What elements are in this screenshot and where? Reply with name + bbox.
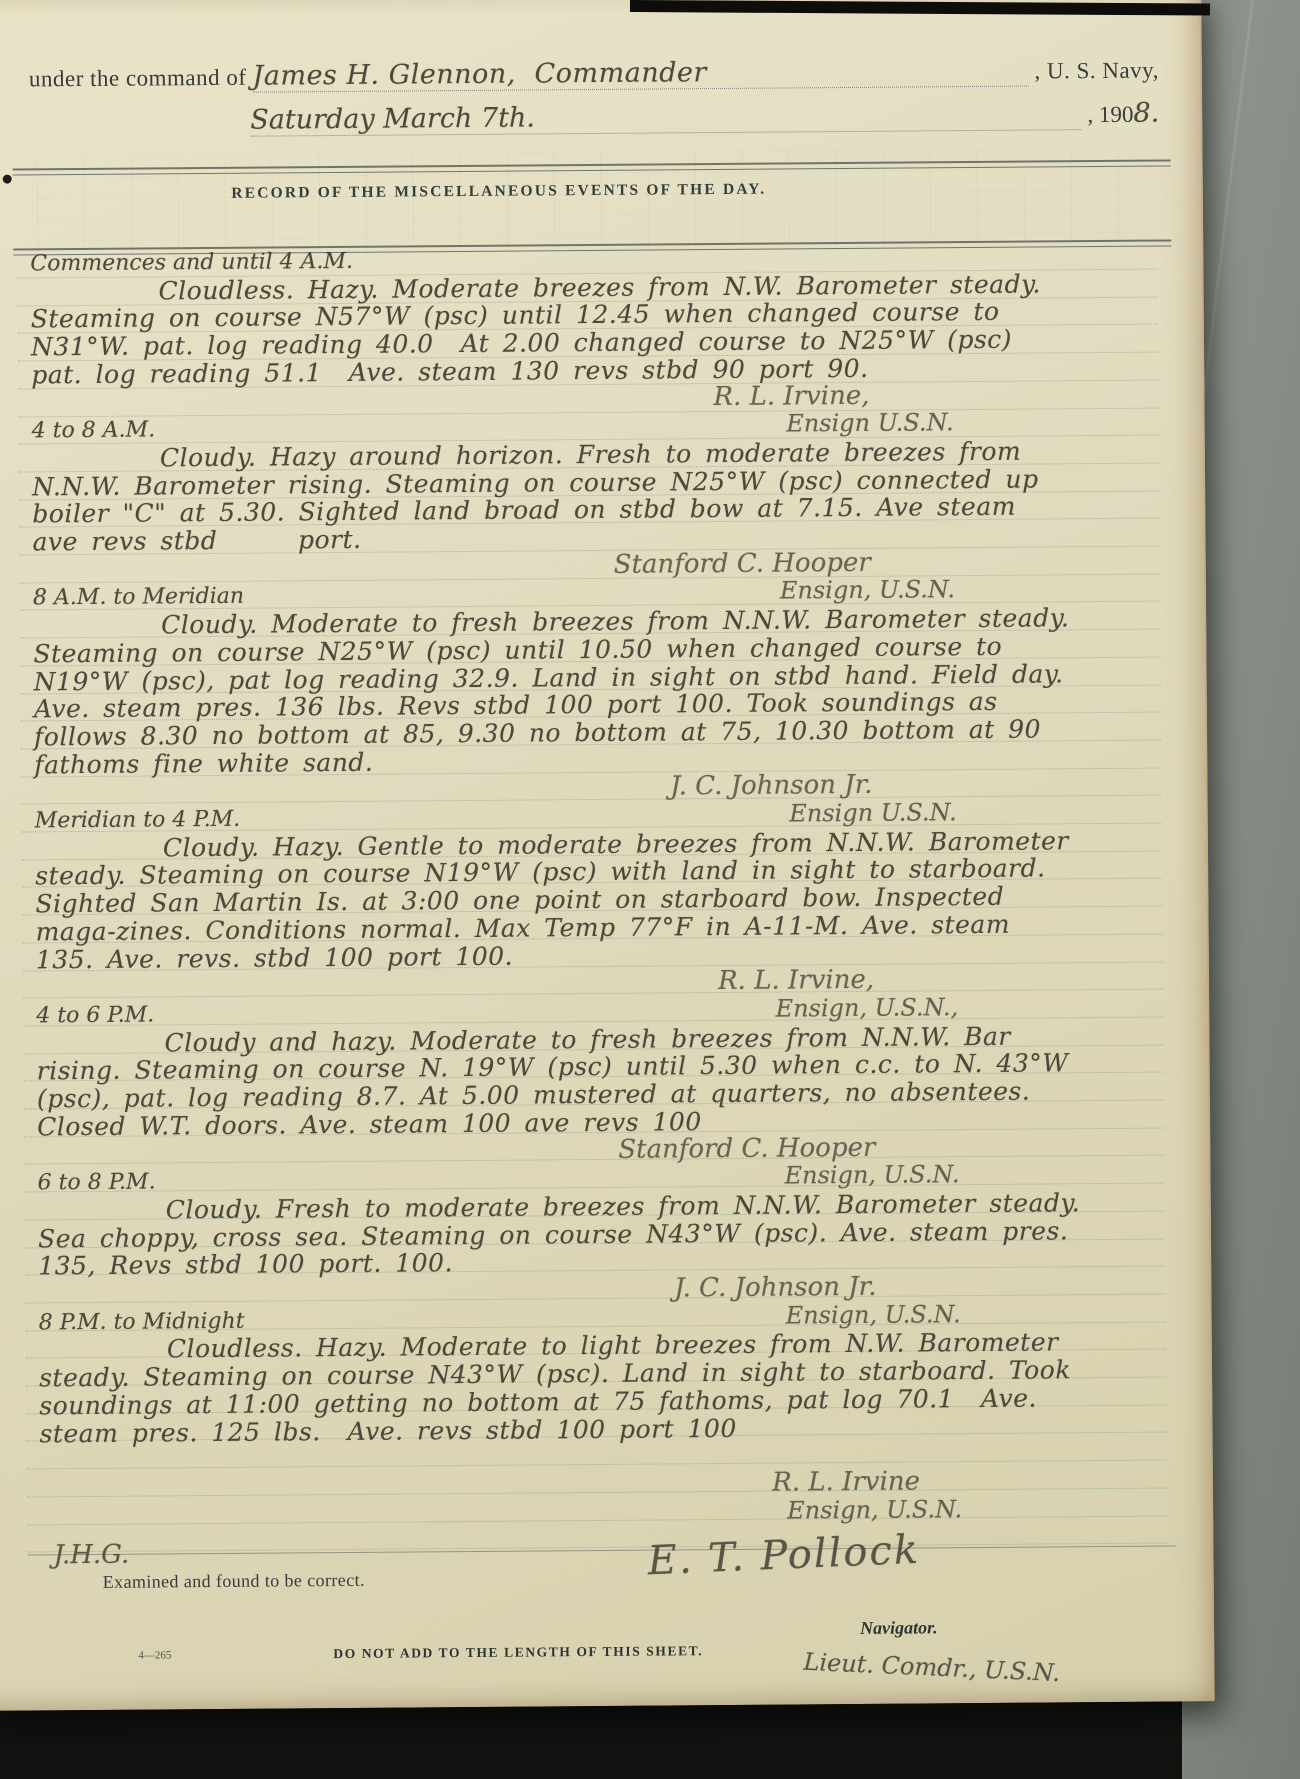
entry-text: Cloudy. Hazy. Gentle to moderate breezes… [35,827,1081,974]
entry-text: Cloudy. Hazy around horizon. Fresh to mo… [32,437,1078,556]
commander-name-handwriting: James H. Glennon, [252,59,516,92]
entry-text: Cloudless. Hazy. Moderate breezes from N… [30,270,1076,389]
year-digit-handwriting: 8. [1133,98,1159,129]
entry-text: Cloudy and hazy. Moderate to fresh breez… [36,1022,1082,1141]
commander-name-field: James H. Glennon, Commander [252,55,1028,93]
date-field: Saturday March 7th. [250,98,1081,137]
commander-rank-handwriting: Commander [534,57,707,89]
entry-4-to-6pm: 4 to 6 P.M. Ensign, U.S.N., Cloudy and h… [36,993,1167,1169]
watch-label: Commences and until 4 A.M. [30,248,353,278]
footer-rule [28,1545,1176,1555]
watch-label: 8 P.M. to Midnight [39,1307,245,1336]
signature-title: Ensign U.S.N. [786,409,954,438]
watch-label: 4 to 8 A.M. [32,417,156,446]
entry-text: Cloudy. Fresh to moderate breezes from N… [38,1189,1084,1280]
date-handwriting: Saturday March 7th. [250,102,535,135]
signature-title: Ensign, U.S.N. [784,1161,959,1190]
page-header: under the command of James H. Glennon, C… [29,54,1160,139]
log-entries: Commences and until 4 A.M. Cloudless. Ha… [30,242,1170,1533]
watch-label: 6 to 8 P.M. [37,1169,155,1198]
entry-meridian-to-4pm: Meridian to 4 P.M. Ensign U.S.N. Cloudy.… [35,798,1166,1002]
watch-label: 8 A.M. to Meridian [33,583,244,612]
entry-6-to-8pm: 6 to 8 P.M. Ensign, U.S.N. Cloudy. Fresh… [37,1160,1168,1308]
command-line-suffix: , U. S. Navy, [1034,58,1159,85]
photographed-logbook-page: under the command of James H. Glennon, C… [0,0,1300,1779]
watch-label: 4 to 6 P.M. [36,1001,154,1030]
form-number: 4—265 [138,1649,171,1661]
signature-title: Ensign U.S.N. [789,799,957,828]
signature-title: Ensign, U.S.N. [786,1301,961,1330]
header-double-rule-top [13,159,1171,175]
length-warning: DO NOT ADD TO THE LENGTH OF THIS SHEET. [318,1643,718,1662]
command-line: under the command of James H. Glennon, C… [29,54,1159,95]
navigator-rank-handwriting: Lieut. Comdr., U.S.N. [803,1648,1061,1687]
navigator-label: Navigator. [860,1617,938,1639]
record-banner: RECORD OF THE MISCELLANEOUS EVENTS OF TH… [0,179,1021,205]
entry-text: Cloudy. Moderate to fresh breezes from N… [33,604,1079,778]
watch-label: Meridian to 4 P.M. [35,806,241,835]
entry-text: Cloudless. Hazy. Moderate to light breez… [39,1329,1085,1448]
entry-8am-to-meridian: 8 A.M. to Meridian Ensign, U.S.N. Cloudy… [33,575,1165,806]
entry-4-to-8am: 4 to 8 A.M. Ensign U.S.N. Cloudy. Hazy a… [32,408,1163,584]
signature-title: Ensign, U.S.N., [776,994,959,1023]
date-line: Saturday March 7th. , 190 8. [29,98,1159,139]
ink-speck [3,175,12,184]
margin-initials: J.H.G. [53,1540,129,1571]
signature-title: Ensign, U.S.N. [787,1495,962,1524]
entry-midnight-to-4am: Commences and until 4 A.M. Cloudless. Ha… [30,242,1161,417]
date-line-spacer [29,129,244,131]
command-line-prefix: under the command of [29,65,247,93]
entry-8pm-to-midnight: 8 P.M. to Midnight Ensign, U.S.N. Cloudl… [39,1299,1171,1532]
signature-title: Ensign, U.S.N. [780,577,955,606]
year-printed: , 190 [1087,102,1133,128]
navigator-signature: E. T. Pollock [647,1527,921,1585]
log-sheet: under the command of James H. Glennon, C… [0,0,1215,1711]
examined-statement: Examined and found to be correct. [103,1570,365,1593]
